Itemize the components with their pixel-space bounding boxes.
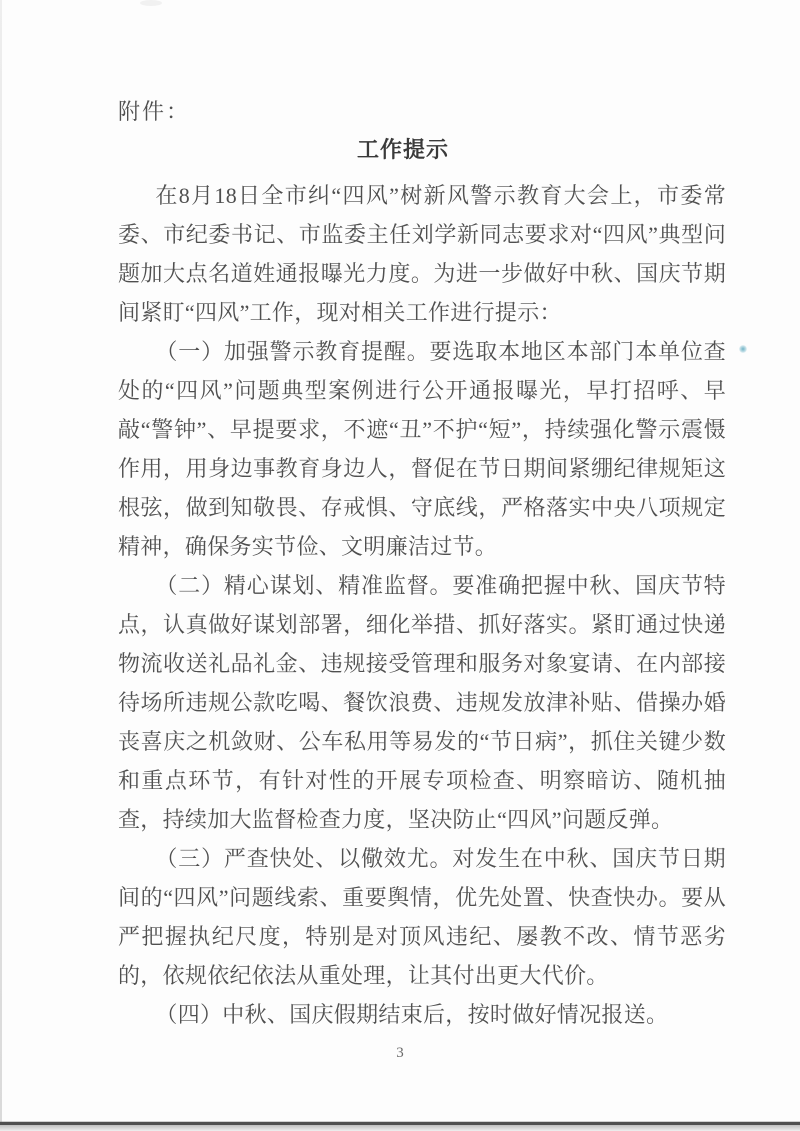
scanned-document-page: 附件： 工作提示 在8月18日全市纠“四风”树新风警示教育大会上，市委常委、市纪… bbox=[0, 0, 800, 1131]
scan-bottom-shadow bbox=[0, 1125, 800, 1131]
paragraph: （四）中秋、国庆假期结束后，按时做好情况报送。 bbox=[118, 995, 726, 1034]
paragraph: （二）精心谋划、精准监督。要准确把握中秋、国庆节特点，认真做好谋划部署，细化举措… bbox=[118, 566, 726, 839]
paragraph: （三）严查快处、以儆效尤。对发生在中秋、国庆节日期间的“四风”问题线索、重要舆情… bbox=[118, 839, 726, 995]
attachment-label: 附件： bbox=[118, 100, 190, 124]
page-number: 3 bbox=[0, 1045, 800, 1061]
document-title: 工作提示 bbox=[99, 137, 707, 163]
paragraph: 在8月18日全市纠“四风”树新风警示教育大会上，市委常委、市纪委书记、市监委主任… bbox=[118, 176, 726, 332]
scan-ink-dot-artifact bbox=[739, 345, 747, 353]
paragraph: （一）加强警示教育提醒。要选取本地区本部门本单位查处的“四风”问题典型案例进行公… bbox=[118, 332, 726, 566]
document-body: 在8月18日全市纠“四风”树新风警示教育大会上，市委常委、市纪委书记、市监委主任… bbox=[118, 176, 726, 1034]
document-content: 附件： 工作提示 在8月18日全市纠“四风”树新风警示教育大会上，市委常委、市纪… bbox=[118, 0, 726, 1131]
scan-left-edge bbox=[0, 0, 2, 1131]
